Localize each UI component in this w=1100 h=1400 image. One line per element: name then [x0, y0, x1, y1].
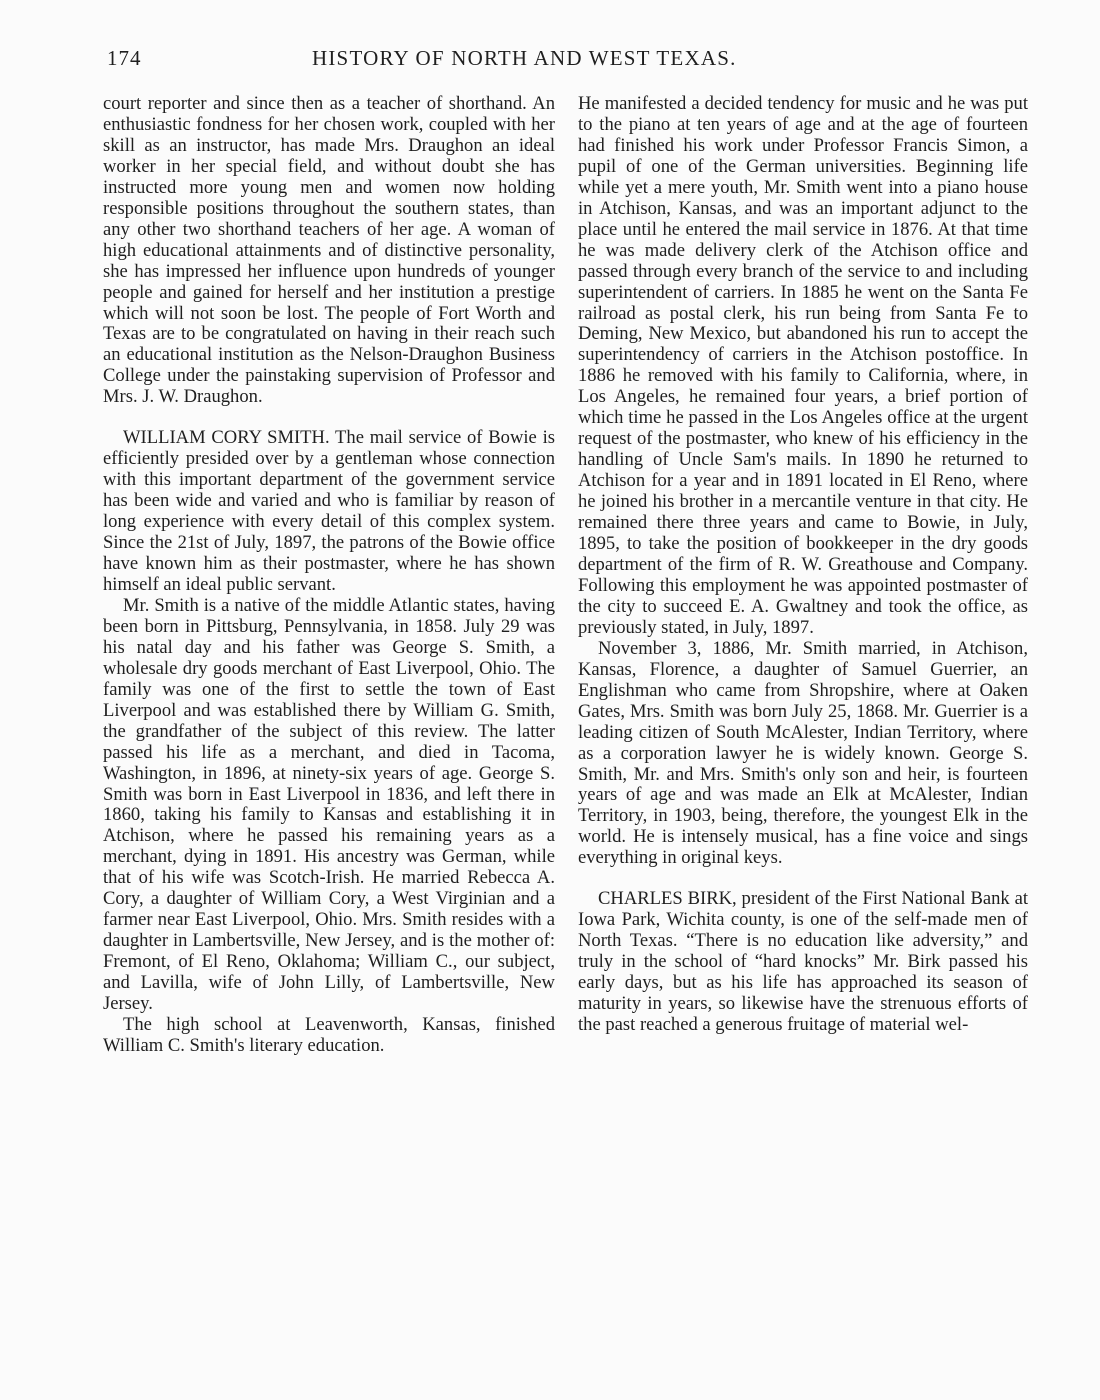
paragraph-smith-education: The high school at Leavenworth, Kansas, …: [103, 1015, 555, 1057]
paragraph-smith-ancestry: Mr. Smith is a native of the middle Atla…: [103, 596, 555, 1015]
left-column: court reporter and since then as a teach…: [103, 94, 555, 1057]
paragraph-smith-career: He manifested a decided tendency for mus…: [578, 94, 1028, 639]
paragraph-smith-marriage: November 3, 1886, Mr. Smith married, in …: [578, 639, 1028, 869]
paragraph-william-cory-smith-intro: WILLIAM CORY SMITH. The mail service of …: [103, 428, 555, 596]
paragraph-charles-birk-intro: CHARLES BIRK, president of the First Nat…: [578, 889, 1028, 1036]
paragraph-draughon-continued: court reporter and since then as a teach…: [103, 94, 555, 408]
page-number: 174: [107, 46, 142, 71]
running-title: HISTORY OF NORTH AND WEST TEXAS.: [312, 46, 737, 71]
right-column: He manifested a decided tendency for mus…: [578, 94, 1028, 1036]
